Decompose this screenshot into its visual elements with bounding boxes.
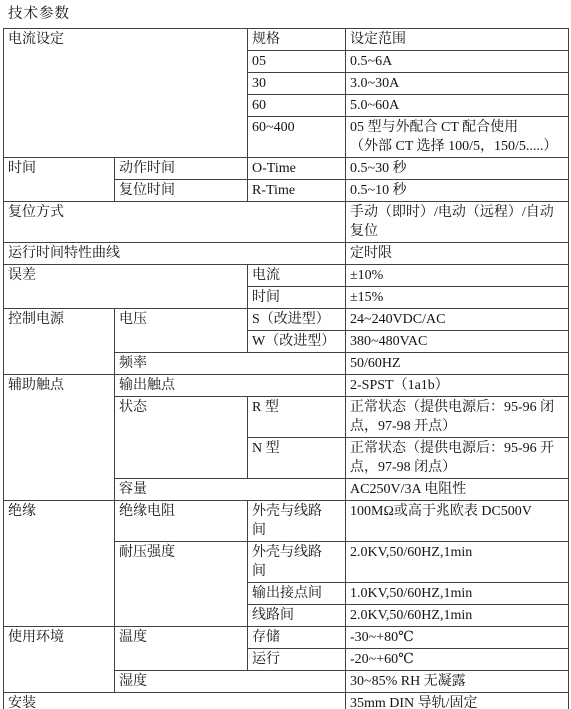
table-cell: W（改进型） — [248, 331, 346, 353]
table-row: 辅助触点输出触点2-SPST（1a1b） — [4, 375, 569, 397]
table-row: 时间动作时间O-Time0.5~30 秒 — [4, 158, 569, 180]
table-cell: 0.5~6A — [346, 51, 569, 73]
table-cell: 05 — [248, 51, 346, 73]
table-cell: 手动（即时）/电动（远程）/自动 复位 — [346, 202, 569, 243]
table-cell: 时间 — [4, 158, 115, 202]
table-cell: ±10% — [346, 265, 569, 287]
table-cell: 100MΩ或高于兆欧表 DC500V — [346, 501, 569, 542]
table-row: 电流设定规格设定范围 — [4, 29, 569, 51]
table-cell: O-Time — [248, 158, 346, 180]
table-cell: 绝缘电阻 — [115, 501, 248, 542]
table-cell: 绝缘 — [4, 501, 115, 627]
table-cell: 定时限 — [346, 243, 569, 265]
table-row: 安装35mm DIN 导轨/固定 — [4, 693, 569, 709]
table-cell: 正常状态（提供电源后：95-96 开 点，97-98 闭点） — [346, 438, 569, 479]
table-cell: 60~400 — [248, 117, 346, 158]
table-cell: 复位时间 — [115, 180, 248, 202]
table-cell: 输出触点 — [115, 375, 346, 397]
table-cell: 24~240VDC/AC — [346, 309, 569, 331]
table-cell: 湿度 — [115, 671, 346, 693]
table-cell: 温度 — [115, 627, 248, 671]
table-cell: 容量 — [115, 479, 346, 501]
table-cell: 35mm DIN 导轨/固定 — [346, 693, 569, 709]
table-cell: -20~+60℃ — [346, 649, 569, 671]
table-row: 使用环境温度存储-30~+80℃ — [4, 627, 569, 649]
table-row: 误差电流±10% — [4, 265, 569, 287]
table-cell: 1.0KV,50/60HZ,1min — [346, 583, 569, 605]
table-cell: 外壳与线路 间 — [248, 501, 346, 542]
table-cell: 05 型与外配合 CT 配合使用 （外部 CT 选择 100/5，150/5..… — [346, 117, 569, 158]
table-cell: 存储 — [248, 627, 346, 649]
table-cell: 电流设定 — [4, 29, 248, 158]
table-cell: 电流 — [248, 265, 346, 287]
table-row: 运行时间特性曲线定时限 — [4, 243, 569, 265]
table-cell: 30 — [248, 73, 346, 95]
table-cell: N 型 — [248, 438, 346, 479]
table-cell: S（改进型） — [248, 309, 346, 331]
table-cell: 运行 — [248, 649, 346, 671]
table-cell: 外壳与线路 间 — [248, 542, 346, 583]
table-cell: 2.0KV,50/60HZ,1min — [346, 605, 569, 627]
table-cell: 60 — [248, 95, 346, 117]
table-cell: 电压 — [115, 309, 248, 353]
table-cell: 50/60HZ — [346, 353, 569, 375]
table-row: 复位方式手动（即时）/电动（远程）/自动 复位 — [4, 202, 569, 243]
table-cell: 0.5~30 秒 — [346, 158, 569, 180]
table-cell: ±15% — [346, 287, 569, 309]
table-cell: 2.0KV,50/60HZ,1min — [346, 542, 569, 583]
table-cell: 安装 — [4, 693, 346, 709]
table-cell: 时间 — [248, 287, 346, 309]
table-cell: 动作时间 — [115, 158, 248, 180]
table-row: 控制电源电压S（改进型）24~240VDC/AC — [4, 309, 569, 331]
table-cell: R 型 — [248, 397, 346, 438]
table-cell: 线路间 — [248, 605, 346, 627]
table-cell: 5.0~60A — [346, 95, 569, 117]
table-cell: -30~+80℃ — [346, 627, 569, 649]
table-cell: 耐压强度 — [115, 542, 248, 627]
spec-table-body: 电流设定规格设定范围050.5~6A303.0~30A605.0~60A60~4… — [4, 29, 569, 709]
document-page: 技术参数 电流设定规格设定范围050.5~6A303.0~30A605.0~60… — [0, 0, 571, 709]
table-cell: 2-SPST（1a1b） — [346, 375, 569, 397]
table-cell: 辅助触点 — [4, 375, 115, 501]
table-row: 绝缘绝缘电阻外壳与线路 间100MΩ或高于兆欧表 DC500V — [4, 501, 569, 542]
page-title: 技术参数 — [0, 0, 571, 28]
table-cell: 30~85% RH 无凝露 — [346, 671, 569, 693]
table-cell: 使用环境 — [4, 627, 115, 693]
table-cell: 输出接点间 — [248, 583, 346, 605]
table-cell: 正常状态（提供电源后：95-96 闭 点，97-98 开点） — [346, 397, 569, 438]
table-cell: 0.5~10 秒 — [346, 180, 569, 202]
table-cell: 频率 — [115, 353, 346, 375]
table-cell: 状态 — [115, 397, 248, 479]
table-cell: R-Time — [248, 180, 346, 202]
table-cell: 运行时间特性曲线 — [4, 243, 346, 265]
table-cell: 规格 — [248, 29, 346, 51]
table-cell: 复位方式 — [4, 202, 346, 243]
table-cell: AC250V/3A 电阻性 — [346, 479, 569, 501]
table-cell: 3.0~30A — [346, 73, 569, 95]
table-cell: 380~480VAC — [346, 331, 569, 353]
table-cell: 误差 — [4, 265, 248, 309]
table-cell: 控制电源 — [4, 309, 115, 375]
spec-table: 电流设定规格设定范围050.5~6A303.0~30A605.0~60A60~4… — [3, 28, 569, 709]
table-cell: 设定范围 — [346, 29, 569, 51]
